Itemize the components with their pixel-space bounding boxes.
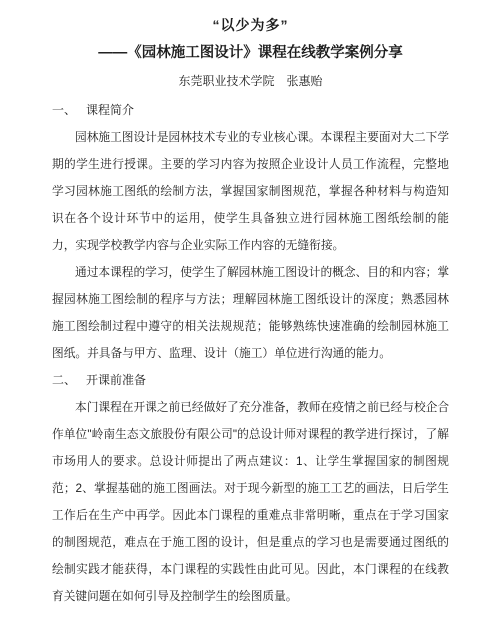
- section-title: 开课前准备: [86, 373, 146, 387]
- section-title: 课程简介: [86, 103, 134, 117]
- paragraph-preparation: 本门课程在开课之前已经做好了充分准备，教师在疫情之前已经与校企合作单位"岭南生态…: [52, 394, 449, 610]
- section-number: 一、: [52, 97, 76, 124]
- section-number: 二、: [52, 367, 76, 394]
- document-subtitle: ——《园林施工图设计》课程在线教学案例分享: [52, 39, 449, 67]
- section-heading-course-intro: 一、课程简介: [52, 97, 449, 124]
- paragraph-course-overview: 园林施工图设计是园林技术专业的专业核心课。本课程主要面对大二下学期的学生进行授课…: [52, 124, 449, 259]
- paragraph-course-goals: 通过本课程的学习，使学生了解园林施工图设计的概念、目的和内容；掌握园林施工图绘制…: [52, 259, 449, 367]
- document-page: “以少为多” ——《园林施工图设计》课程在线教学案例分享 东莞职业技术学院 张惠…: [0, 0, 498, 632]
- document-title: “以少为多”: [52, 11, 449, 39]
- author-line: 东莞职业技术学院 张惠贻: [52, 67, 449, 95]
- section-heading-preparation: 二、开课前准备: [52, 367, 449, 394]
